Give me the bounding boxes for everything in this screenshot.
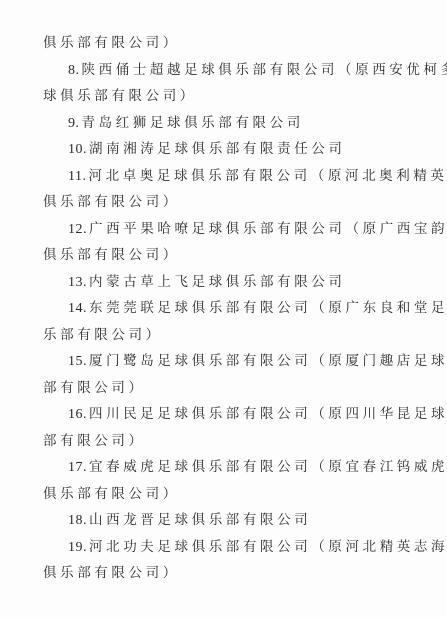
line-continuation-12: 俱乐部有限公司） <box>43 245 180 265</box>
line-continuation-16: 部有限公司） <box>43 431 146 451</box>
line-text: 四川民足足球俱乐部有限公司（原四川华昆足球俱乐 <box>89 406 447 422</box>
list-item-19: 19.河北功夫足球俱乐部有限公司（原河北精英志海足球 <box>68 537 447 557</box>
item-number: 17. <box>68 460 87 475</box>
list-item-10: 10.湖南湘涛足球俱乐部有限责任公司 <box>68 139 346 159</box>
line-text: 俱乐部有限公司） <box>43 247 180 263</box>
line-text: 俱乐部有限公司） <box>43 35 180 51</box>
list-item-13: 13.内蒙古草上飞足球俱乐部有限公司 <box>68 272 346 292</box>
list-item-17: 17.宜春威虎足球俱乐部有限公司（原宜春江钨威虎足球 <box>68 457 447 477</box>
list-item-15: 15.厦门鹭岛足球俱乐部有限公司（原厦门趣店足球俱乐 <box>68 351 447 371</box>
line-continuation-15: 部有限公司） <box>43 378 146 398</box>
line-continuation-8: 球俱乐部有限公司） <box>43 86 197 106</box>
item-number: 16. <box>68 407 87 422</box>
line-continuation-11: 俱乐部有限公司） <box>43 192 180 212</box>
line-text: 厦门鹭岛足球俱乐部有限公司（原厦门趣店足球俱乐 <box>89 353 447 369</box>
list-item-18: 18.山西龙晋足球俱乐部有限公司 <box>68 510 311 530</box>
item-number: 19. <box>68 540 87 555</box>
line-text: 部有限公司） <box>43 433 146 449</box>
document-page: 俱乐部有限公司） 8.陕西俑士超越足球俱乐部有限公司（原西安优柯多足 球俱乐部有… <box>0 0 447 617</box>
list-item-9: 9.青岛红狮足球俱乐部有限公司 <box>68 113 304 133</box>
line-text: 湖南湘涛足球俱乐部有限责任公司 <box>89 141 346 157</box>
line-text: 陕西俑士超越足球俱乐部有限公司（原西安优柯多足 <box>82 62 447 78</box>
line-text: 宜春威虎足球俱乐部有限公司（原宜春江钨威虎足球 <box>89 459 447 475</box>
list-item-8: 8.陕西俑士超越足球俱乐部有限公司（原西安优柯多足 <box>68 60 447 80</box>
line-text: 球俱乐部有限公司） <box>43 88 197 104</box>
item-number: 15. <box>68 354 87 369</box>
list-item-12: 12.广西平果哈嘹足球俱乐部有限公司（原广西宝韵足球 <box>68 219 447 239</box>
line-text: 俱乐部有限公司） <box>43 565 180 581</box>
list-item-11: 11.河北卓奥足球俱乐部有限公司（原河北奥利精英足球 <box>68 166 447 186</box>
line-continuation-7: 俱乐部有限公司） <box>43 33 180 53</box>
item-number: 8. <box>68 63 80 78</box>
line-continuation-17: 俱乐部有限公司） <box>43 484 180 504</box>
item-number: 9. <box>68 116 80 131</box>
item-number: 14. <box>68 301 87 316</box>
line-text: 青岛红狮足球俱乐部有限公司 <box>82 115 304 131</box>
line-continuation-19: 俱乐部有限公司） <box>43 563 180 583</box>
line-text: 东莞莞联足球俱乐部有限公司（原广东良和堂足球俱 <box>89 300 447 316</box>
item-number: 18. <box>68 513 87 528</box>
list-item-14: 14.东莞莞联足球俱乐部有限公司（原广东良和堂足球俱 <box>68 298 447 318</box>
item-number: 11. <box>68 169 86 184</box>
line-text: 俱乐部有限公司） <box>43 486 180 502</box>
item-number: 10. <box>68 142 87 157</box>
line-text: 俱乐部有限公司） <box>43 194 180 210</box>
line-text: 山西龙晋足球俱乐部有限公司 <box>89 512 311 528</box>
line-text: 部有限公司） <box>43 380 146 396</box>
line-text: 河北功夫足球俱乐部有限公司（原河北精英志海足球 <box>89 539 447 555</box>
line-text: 广西平果哈嘹足球俱乐部有限公司（原广西宝韵足球 <box>89 221 447 237</box>
item-number: 13. <box>68 275 87 290</box>
line-text: 河北卓奥足球俱乐部有限公司（原河北奥利精英足球 <box>88 168 447 184</box>
item-number: 12. <box>68 222 87 237</box>
line-text: 乐部有限公司） <box>43 327 163 343</box>
line-continuation-14: 乐部有限公司） <box>43 325 163 345</box>
line-text: 内蒙古草上飞足球俱乐部有限公司 <box>89 274 346 290</box>
list-item-16: 16.四川民足足球俱乐部有限公司（原四川华昆足球俱乐 <box>68 404 447 424</box>
